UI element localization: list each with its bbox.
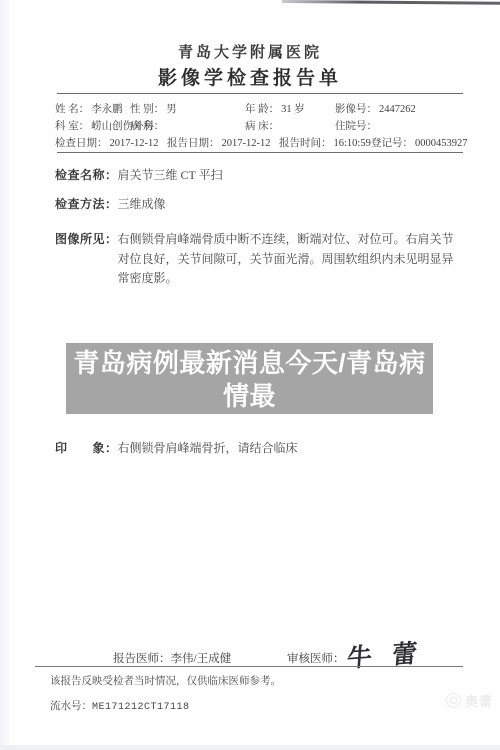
- info-field: 住院号：: [335, 118, 379, 133]
- info-field: 检查日期：2017-12-12: [55, 135, 159, 150]
- findings-row: 图像所见： 右侧锁骨肩峰端骨质中断不连续，断端对位、对位可。右肩关节对位良好，关…: [55, 230, 464, 289]
- info-row: 科 室：崂山创伤外科 病 房： 病 床： 住院号：: [55, 118, 466, 135]
- info-field-label: 影像号：: [335, 104, 377, 115]
- info-field-label: 住院号：: [335, 121, 377, 132]
- info-field: 年 龄：31 岁: [245, 101, 305, 116]
- info-field: 登记号：0000453927: [371, 135, 468, 150]
- info-field: 性 别：男: [130, 101, 177, 116]
- findings-text: 右侧锁骨肩峰端骨质中断不连续，断端对位、对位可。右肩关节对位良好，关节间隙可，关…: [118, 230, 464, 289]
- watermark-logo-icon: [446, 693, 461, 708]
- patient-info-grid: 姓 名：李永鹏 性 别：男 年 龄：31 岁 影像号：2447262 科 室：崂…: [55, 101, 466, 152]
- exam-name-label: 检查名称：: [55, 166, 118, 186]
- info-field-label: 病 房：: [130, 121, 164, 132]
- info-field-value: 0000453927: [415, 138, 468, 149]
- hospital-name: 青岛大学附属医院: [0, 41, 500, 62]
- info-field: 影像号：2447262: [335, 101, 416, 116]
- signature-underline: [35, 666, 463, 667]
- info-field-value: 男: [166, 104, 177, 115]
- report-doctor-names: 李伟/王成健: [171, 653, 232, 665]
- info-row: 检查日期：2017-12-12 报告日期：2017-12-12 报告时间：16:…: [55, 135, 466, 152]
- signature-row: 报告医师：李伟/王成健 审核医师： 牛 蕾: [55, 650, 464, 670]
- disclaimer-text: 该报告反映受检者当时情况，仅供临床医师参考。: [50, 673, 281, 688]
- info-field: 报告时间：16:10:59: [279, 135, 371, 150]
- watermark-text: 奥蕾: [465, 691, 493, 710]
- headline-overlay-banner: 青岛病例最新消息今天/青岛病情最 新: [66, 343, 433, 414]
- info-field-label: 科 室：: [55, 121, 89, 132]
- info-field-value: 31 岁: [281, 104, 305, 115]
- info-field-label: 报告时间：: [279, 138, 332, 149]
- photo-bottom-edge-shadow: [0, 745, 500, 750]
- serial-number-row: 流水号：ME171212CT17118: [50, 698, 190, 713]
- info-field: 报告日期：2017-12-12: [167, 135, 271, 150]
- paper-top-edge: [282, 0, 500, 5]
- info-field-label: 登记号：: [371, 138, 413, 149]
- divider-top: [57, 93, 463, 94]
- info-field-value: 李永鹏: [91, 104, 123, 115]
- serial-value: ME171212CT17118: [92, 702, 190, 713]
- info-field-value: 2447262: [379, 104, 416, 115]
- info-field-label: 报告日期：: [167, 138, 220, 149]
- serial-label: 流水号：: [50, 701, 92, 712]
- exam-name-row: 检查名称： 肩关节三维 CT 平扫: [55, 166, 464, 186]
- photo-left-edge-shadow: [0, 0, 11, 750]
- info-field: 病 床：: [245, 118, 281, 133]
- review-doctor-signature: 牛 蕾: [346, 633, 426, 675]
- report-doctor-label: 报告医师：: [113, 653, 171, 665]
- report-doctor: 报告医师：李伟/王成健: [113, 650, 231, 666]
- review-doctor-label: 审核医师：: [287, 650, 345, 666]
- exam-method-label: 检查方法：: [55, 195, 118, 215]
- info-field-value: 16:10:59: [334, 138, 371, 149]
- info-field-label: 性 别：: [130, 104, 164, 115]
- watermark: 奥蕾: [446, 691, 493, 710]
- headline-line1: 青岛病例最新消息今天/青岛病情最: [66, 347, 433, 413]
- info-field-value: 2017-12-12: [222, 138, 271, 149]
- info-field-label: 病 床：: [245, 121, 279, 132]
- exam-method-value: 三维成像: [118, 195, 464, 215]
- report-title: 影像学检查报告单: [0, 63, 500, 90]
- report-photo: 青岛大学附属医院 影像学检查报告单 姓 名：李永鹏 性 别：男 年 龄：31 岁…: [0, 0, 500, 750]
- info-field: 姓 名：李永鹏: [55, 101, 123, 116]
- exam-name-value: 肩关节三维 CT 平扫: [118, 166, 464, 186]
- info-row: 姓 名：李永鹏 性 别：男 年 龄：31 岁 影像号：2447262: [55, 101, 466, 118]
- info-field-value: 2017-12-12: [110, 138, 159, 149]
- info-field: 病 房：: [130, 118, 166, 133]
- info-field-label: 姓 名：: [55, 104, 89, 115]
- info-field-label: 检查日期：: [55, 138, 108, 149]
- findings-label: 图像所见：: [55, 230, 118, 289]
- divider-info-bottom: [57, 152, 463, 153]
- info-field-label: 年 龄：: [245, 104, 279, 115]
- exam-method-row: 检查方法： 三维成像: [55, 195, 464, 215]
- headline-line2: 新: [66, 413, 433, 446]
